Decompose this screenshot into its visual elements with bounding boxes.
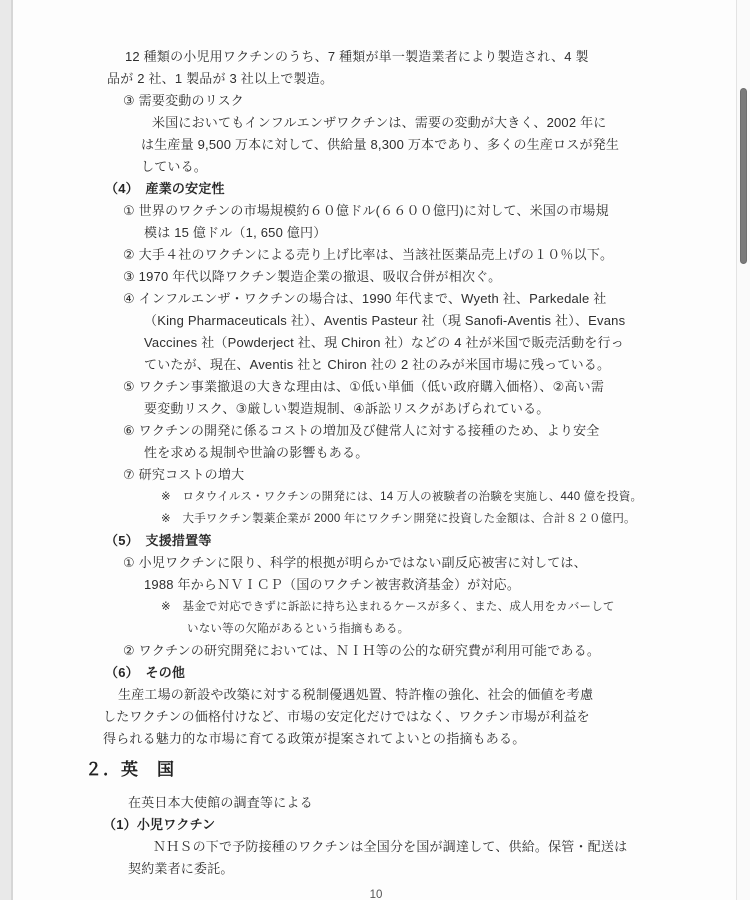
- list-item-line: ② ワクチンの研究開発においては、ＮＩＨ等の公的な研究費が利用可能である。: [123, 640, 736, 662]
- text-line: している。: [141, 156, 736, 178]
- document-page: 12 種類の小児用ワクチンのうち、7 種類が単一製造業者により製造され、4 製品…: [11, 0, 737, 900]
- text-line: 品が 2 社、1 製品が 3 社以上で製造。: [107, 68, 736, 90]
- list-item-line: 要変動リスク、③厳しい製造規制、④訴訟リスクがあげられている。: [144, 398, 736, 420]
- text-line: ＮＨＳの下で予防接種のワクチンは全国分を国が調達して、供給。保管・配送は: [153, 836, 736, 858]
- list-item-line: ④ インフルエンザ・ワクチンの場合は、1990 年代まで、Wyeth 社、Par…: [123, 288, 736, 310]
- section-heading: （4） 産業の安定性: [105, 178, 736, 200]
- list-item-line: 模は 15 億ドル（1, 650 億円）: [144, 222, 736, 244]
- footnote-line: ※ 大手ワクチン製薬企業が 2000 年にワクチン開発に投資した金額は、合計８２…: [161, 508, 736, 530]
- footnote-line: ※ 基金で対応できずに訴訟に持ち込まれるケースが多く、また、成人用をカバーして: [161, 596, 736, 618]
- list-item-line: ⑦ 研究コストの増大: [123, 464, 736, 486]
- scrollbar-thumb[interactable]: [740, 88, 747, 264]
- page-number: 10: [13, 889, 737, 900]
- section-heading: （1）小児ワクチン: [103, 814, 736, 836]
- chapter-heading: ２．英 国: [85, 757, 736, 783]
- list-item-line: ① 世界のワクチンの市場規模約６０億ドル(６６００億円)に対して、米国の市場規: [123, 200, 736, 222]
- text-line: は生産量 9,500 万本に対して、供給量 8,300 万本であり、多くの生産ロ…: [141, 134, 736, 156]
- text-line: 得られる魅力的な市場に育てる政策が提案されてよいとの指摘もある。: [103, 728, 736, 750]
- list-item-line: ⑤ ワクチン事業撤退の大きな理由は、①低い単価（低い政府購入価格）、②高い需: [123, 376, 736, 398]
- text-line: 12 種類の小児用ワクチンのうち、7 種類が単一製造業者により製造され、4 製: [125, 46, 736, 68]
- text-line: 生産工場の新設や改築に対する税制優遇処置、特許権の強化、社会的価値を考慮: [118, 684, 736, 706]
- text-line: したワクチンの価格付けなど、市場の安定化だけではなく、ワクチン市場が利益を: [103, 706, 736, 728]
- list-item-line: ③ 需要変動のリスク: [123, 90, 736, 112]
- footnote-line: ※ ロタウイルス・ワクチンの開発には、14 万人の被験者の治験を実施し、440 …: [161, 486, 736, 508]
- list-item-line: Vaccines 社（Powderject 社、現 Chiron 社）などの 4…: [144, 332, 736, 354]
- list-item-line: ② 大手４社のワクチンによる売り上げ比率は、当該社医薬品売上げの１０％以下。: [123, 244, 736, 266]
- list-item-line: 性を求める規制や世論の影響もある。: [144, 442, 736, 464]
- viewer-background: { "page": { "background_color": "#e9e9e9…: [0, 0, 750, 900]
- footnote-line: いない等の欠陥があるという指摘もある。: [187, 618, 736, 640]
- text-line: 在英日本大使館の調査等による: [128, 792, 736, 814]
- list-item-line: ていたが、現在、Aventis 社と Chiron 社の 2 社のみが米国市場に…: [144, 354, 736, 376]
- section-heading: （5） 支援措置等: [105, 530, 736, 552]
- section-heading: （6） その他: [105, 662, 736, 684]
- scrollbar-track[interactable]: [736, 0, 750, 900]
- list-item-line: （King Pharmaceuticals 社）、Aventis Pasteur…: [144, 310, 736, 332]
- list-item-line: 1988 年からＮＶＩＣＰ（国のワクチン被害救済基金）が対応。: [144, 574, 736, 596]
- text-line: 契約業者に委託。: [128, 858, 736, 880]
- list-item-line: ⑥ ワクチンの開発に係るコストの増加及び健常人に対する接種のため、より安全: [123, 420, 736, 442]
- text-line: 米国においてもインフルエンザワクチンは、需要の変動が大きく、2002 年に: [152, 112, 736, 134]
- list-item-line: ① 小児ワクチンに限り、科学的根拠が明らかではない副反応被害に対しては、: [123, 552, 736, 574]
- page-content: 12 種類の小児用ワクチンのうち、7 種類が単一製造業者により製造され、4 製品…: [13, 0, 736, 880]
- list-item-line: ③ 1970 年代以降ワクチン製造企業の撤退、吸収合併が相次ぐ。: [123, 266, 736, 288]
